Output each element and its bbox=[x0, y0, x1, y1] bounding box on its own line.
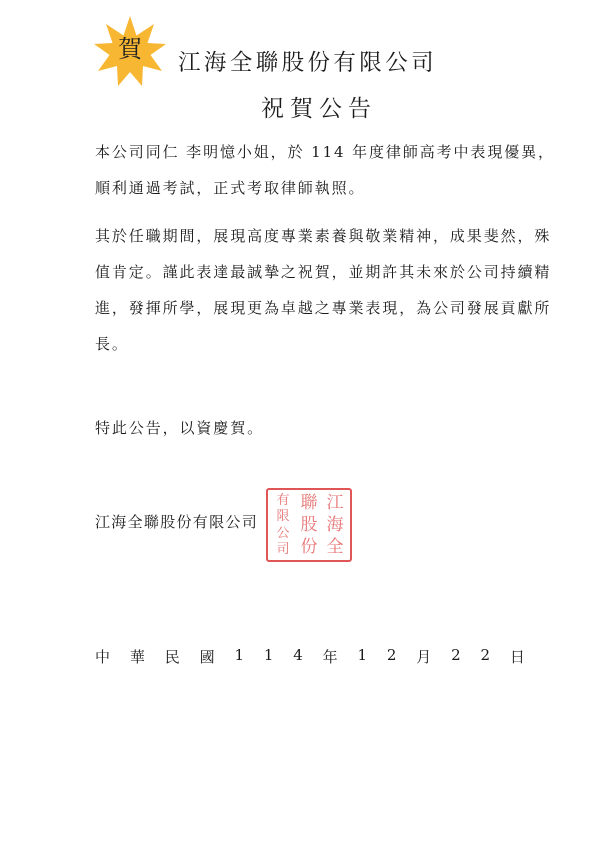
date-char: 中 bbox=[95, 646, 110, 667]
company-title: 江海全聯股份有限公司 bbox=[178, 45, 437, 77]
seal-character: 有 bbox=[276, 493, 289, 508]
seal-character: 公 bbox=[276, 526, 289, 541]
date-char: 國 bbox=[200, 646, 215, 667]
date-char: 1 bbox=[234, 646, 244, 667]
badge-label: 賀 bbox=[92, 11, 168, 87]
date-char: 年 bbox=[323, 646, 338, 667]
date-char: 4 bbox=[293, 646, 303, 667]
date-char: 2 bbox=[387, 646, 397, 667]
paragraph-line: 其於任職期間，展現高度專業素養與敬業精神，成果斐然，殊 bbox=[95, 218, 535, 254]
seal-character: 海 bbox=[327, 515, 344, 535]
seal-column: 江 海 全 bbox=[322, 493, 348, 557]
paragraph-line: 長。 bbox=[95, 326, 535, 362]
date-char: 日 bbox=[510, 646, 525, 667]
closing-statement: 特此公告，以資慶賀。 bbox=[95, 417, 264, 438]
seal-character: 江 bbox=[327, 493, 344, 513]
date-char: 民 bbox=[165, 646, 180, 667]
seal-character: 份 bbox=[301, 537, 318, 557]
announcement-date: 中 華 民 國 1 1 4 年 1 2 月 2 2 日 bbox=[95, 646, 525, 667]
seal-column: 聯 股 份 bbox=[296, 493, 322, 557]
seal-character: 限 bbox=[276, 509, 289, 524]
date-char: 1 bbox=[264, 646, 274, 667]
paragraph-congratulations: 其於任職期間，展現高度專業素養與敬業精神，成果斐然，殊 值肯定。謹此表達最誠摯之… bbox=[95, 218, 535, 362]
company-seal-icon: 江 海 全 聯 股 份 有 限 公 司 bbox=[266, 488, 352, 562]
date-char: 1 bbox=[357, 646, 367, 667]
seal-character: 股 bbox=[301, 515, 318, 535]
paragraph-line: 順利通過考試，正式考取律師執照。 bbox=[95, 170, 535, 206]
seal-character: 全 bbox=[327, 537, 344, 557]
date-char: 月 bbox=[416, 646, 431, 667]
seal-column: 有 限 公 司 bbox=[270, 493, 296, 557]
paragraph-announcement: 本公司同仁 李明憶小姐，於 114 年度律師高考中表現優異， 順利通過考試，正式… bbox=[95, 134, 535, 206]
paragraph-line: 進，發揮所學，展現更為卓越之專業表現，為公司發展貢獻所 bbox=[95, 290, 535, 326]
announcement-title: 祝賀公告 bbox=[261, 90, 377, 123]
date-char: 2 bbox=[451, 646, 461, 667]
paragraph-line: 值肯定。謹此表達最誠摯之祝賀，並期許其未來於公司持續精 bbox=[95, 254, 535, 290]
congratulations-badge: 賀 bbox=[92, 14, 168, 90]
paragraph-line: 本公司同仁 李明憶小姐，於 114 年度律師高考中表現優異， bbox=[95, 134, 535, 170]
signatory-company: 江海全聯股份有限公司 bbox=[95, 511, 258, 532]
date-char: 2 bbox=[481, 646, 491, 667]
seal-character: 司 bbox=[276, 542, 289, 557]
seal-character: 聯 bbox=[301, 493, 318, 513]
date-char: 華 bbox=[130, 646, 145, 667]
